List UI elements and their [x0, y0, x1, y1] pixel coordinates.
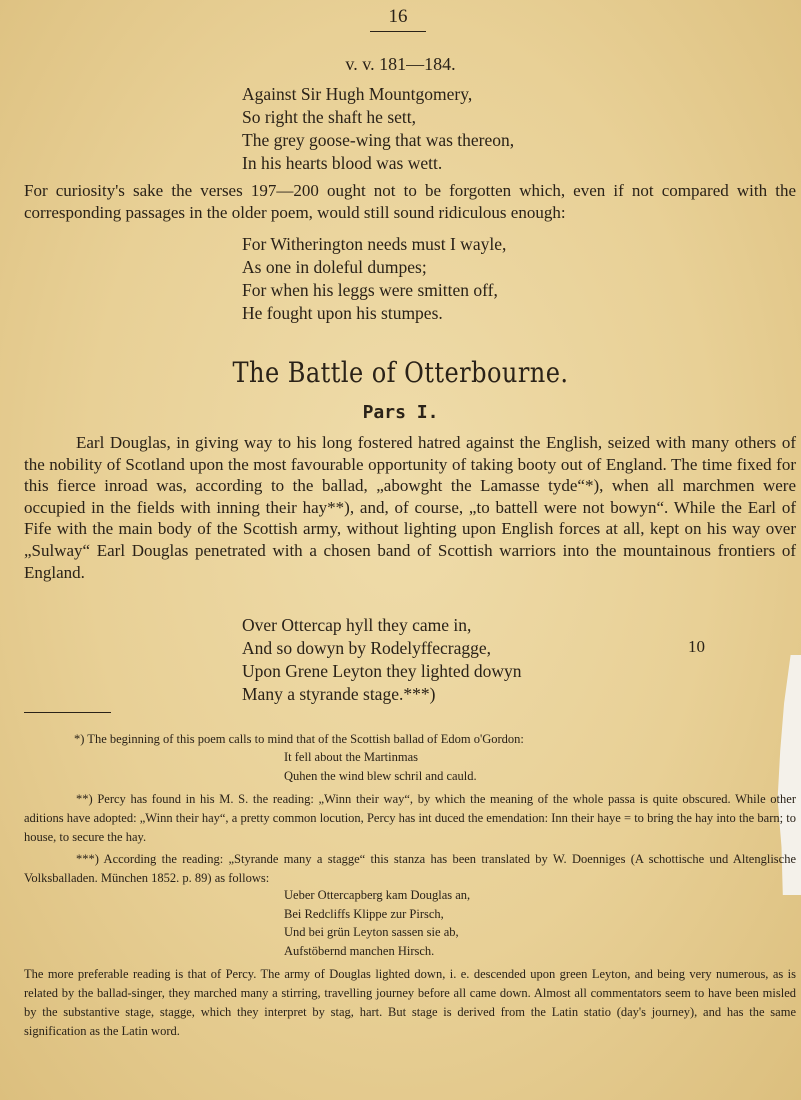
verse-line: Aufstöbernd manchen Hirsch. [284, 942, 470, 961]
footnote-3: ***) According the reading: „Styrande ma… [24, 850, 796, 888]
footnote-text: ***) According the reading: „Styrande ma… [24, 850, 796, 888]
footnote-1-verse: It fell about the Martinmas Quhen the wi… [284, 748, 477, 785]
verse-line: Against Sir Hugh Mountgomery, [242, 83, 514, 106]
verse-line: Many a styrande stage.***) [242, 683, 521, 706]
paragraph-text: Earl Douglas, in giving way to his long … [24, 432, 796, 583]
verse-line: Bei Redcliffs Klippe zur Pirsch, [284, 905, 470, 924]
footnote-rule [24, 712, 111, 713]
verse-block-2: For Witherington needs must I wayle, As … [242, 233, 506, 325]
page-number-rule [370, 31, 426, 32]
footnote-3-closing: The more preferable reading is that of P… [24, 965, 796, 1041]
verse-line: He fought upon his stumpes. [242, 302, 506, 325]
footnote-text: **) Percy has found in his M. S. the rea… [24, 790, 796, 847]
line-number: 10 [688, 637, 705, 657]
footnote-3-verse: Ueber Ottercapberg kam Douglas an, Bei R… [284, 886, 470, 960]
verse-reference: v. v. 181—184. [0, 54, 801, 75]
verse-block-3: Over Ottercap hyll they came in, And so … [242, 614, 521, 706]
verse-line: As one in doleful dumpes; [242, 256, 506, 279]
verse-line: And so dowyn by Rodelyffecragge, [242, 637, 521, 660]
verse-line: Quhen the wind blew schril and cauld. [284, 767, 477, 786]
verse-line: Over Ottercap hyll they came in, [242, 614, 521, 637]
verse-line: In his hearts blood was wett. [242, 152, 514, 175]
verse-line: It fell about the Martinmas [284, 748, 477, 767]
verse-block-1: Against Sir Hugh Mountgomery, So right t… [242, 83, 514, 175]
verse-line: Und bei grün Leyton sassen sie ab, [284, 923, 470, 942]
page-number: 16 [370, 6, 426, 28]
chapter-title: The Battle of Otterbourne. [56, 356, 745, 389]
paragraph-curiosity: For curiosity's sake the verses 197—200 … [24, 180, 796, 223]
footnote-1: *) The beginning of this poem calls to m… [24, 730, 796, 749]
paragraph-douglas: Earl Douglas, in giving way to his long … [24, 432, 796, 583]
paragraph-text: For curiosity's sake the verses 197—200 … [24, 180, 796, 223]
footnote-text: The more preferable reading is that of P… [24, 965, 796, 1041]
footnote-text: *) The beginning of this poem calls to m… [24, 730, 796, 749]
footnote-2: **) Percy has found in his M. S. the rea… [24, 790, 796, 847]
verse-line: Upon Grene Leyton they lighted dowyn [242, 660, 521, 683]
verse-line: For Witherington needs must I wayle, [242, 233, 506, 256]
part-heading: Pars I. [0, 402, 801, 423]
verse-line: So right the shaft he sett, [242, 106, 514, 129]
verse-line: Ueber Ottercapberg kam Douglas an, [284, 886, 470, 905]
verse-line: For when his leggs were smitten off, [242, 279, 506, 302]
verse-line: The grey goose-wing that was thereon, [242, 129, 514, 152]
book-page: 16 v. v. 181—184. Against Sir Hugh Mount… [0, 0, 801, 1100]
